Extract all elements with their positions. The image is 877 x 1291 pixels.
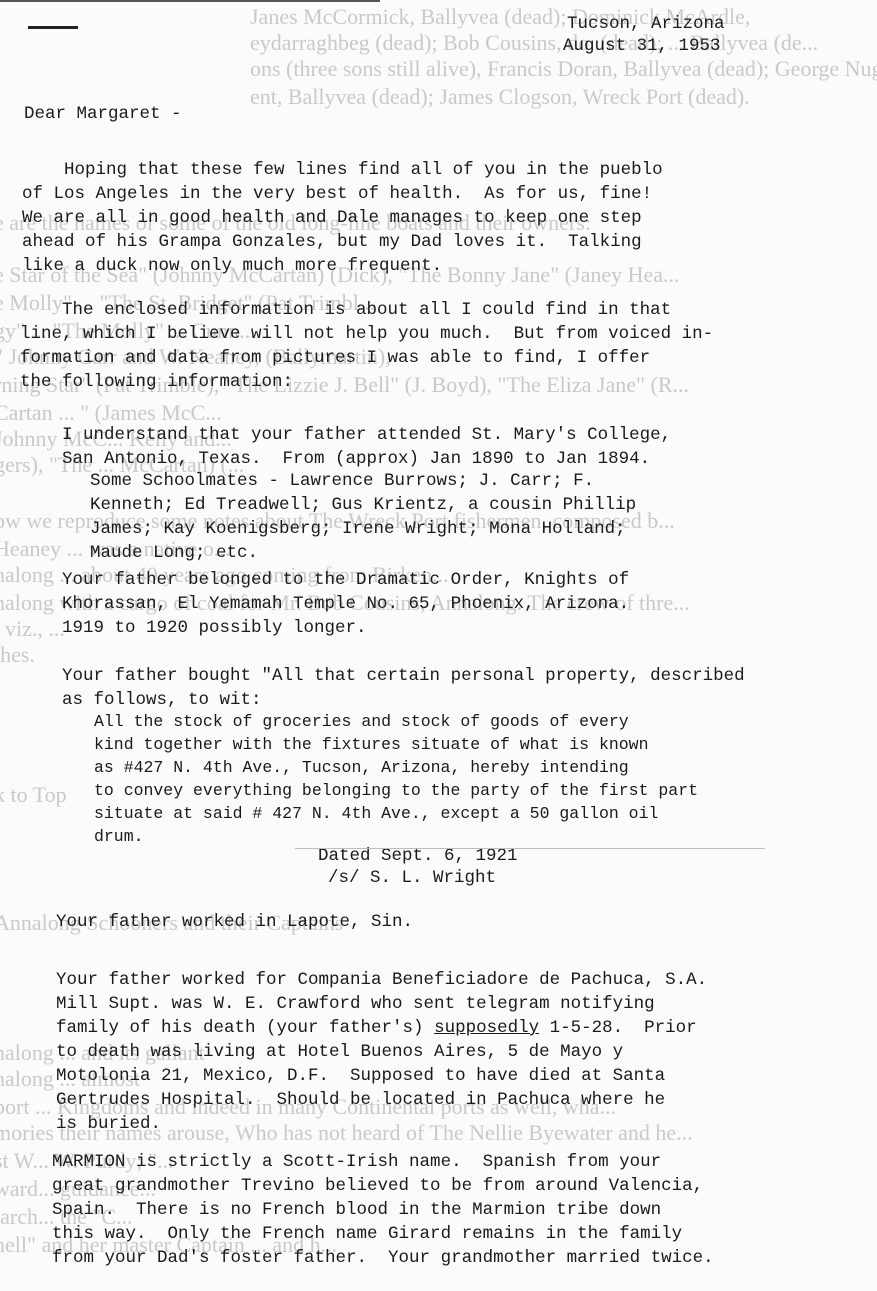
faint-rule	[295, 848, 765, 849]
paragraph-greeting: Hoping that these few lines find all of …	[22, 158, 663, 278]
deed-quote: All the stock of groceries and stock of …	[94, 710, 698, 848]
top-cut-line	[0, 0, 380, 2]
salutation: Dear Margaret -	[24, 102, 182, 126]
paragraph-marmion: MARMION is strictly a Scott-Irish name. …	[52, 1150, 714, 1270]
paragraph-lapote: Your father worked in Lapote, Sin.	[56, 910, 413, 934]
deed-signature: /s/ S. L. Wright	[328, 866, 496, 890]
paragraph-order: Your father belonged to the Dramatic Ord…	[62, 568, 629, 640]
place: Tucson, Arizona	[567, 12, 725, 36]
paragraph-pachuca: Your father worked for Compania Benefici…	[56, 968, 707, 1040]
paragraph-pachuca-cont: to death was living at Hotel Buenos Aire…	[56, 1040, 665, 1136]
paragraph-college: I understand that your father attended S…	[62, 423, 671, 471]
typed-letter: Tucson, Arizona August 31, 1953 Dear Mar…	[0, 0, 877, 1291]
top-rule	[28, 26, 78, 29]
schoolmates-list: Some Schoolmates - Lawrence Burrows; J. …	[90, 469, 636, 565]
date: August 31, 1953	[563, 34, 721, 58]
paragraph-enclosed: The enclosed information is about all I …	[20, 298, 713, 394]
paragraph-bought: Your father bought "All that certain per…	[62, 664, 745, 712]
underlined-word: supposedly	[434, 1018, 539, 1038]
